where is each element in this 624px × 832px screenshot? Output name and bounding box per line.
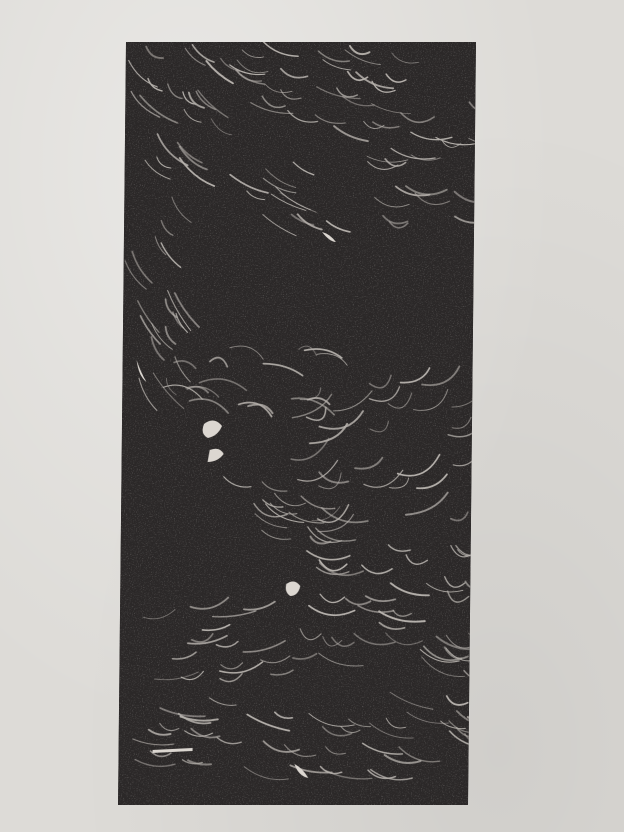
engraving-texture	[118, 42, 476, 805]
woodcut-print	[118, 42, 476, 805]
